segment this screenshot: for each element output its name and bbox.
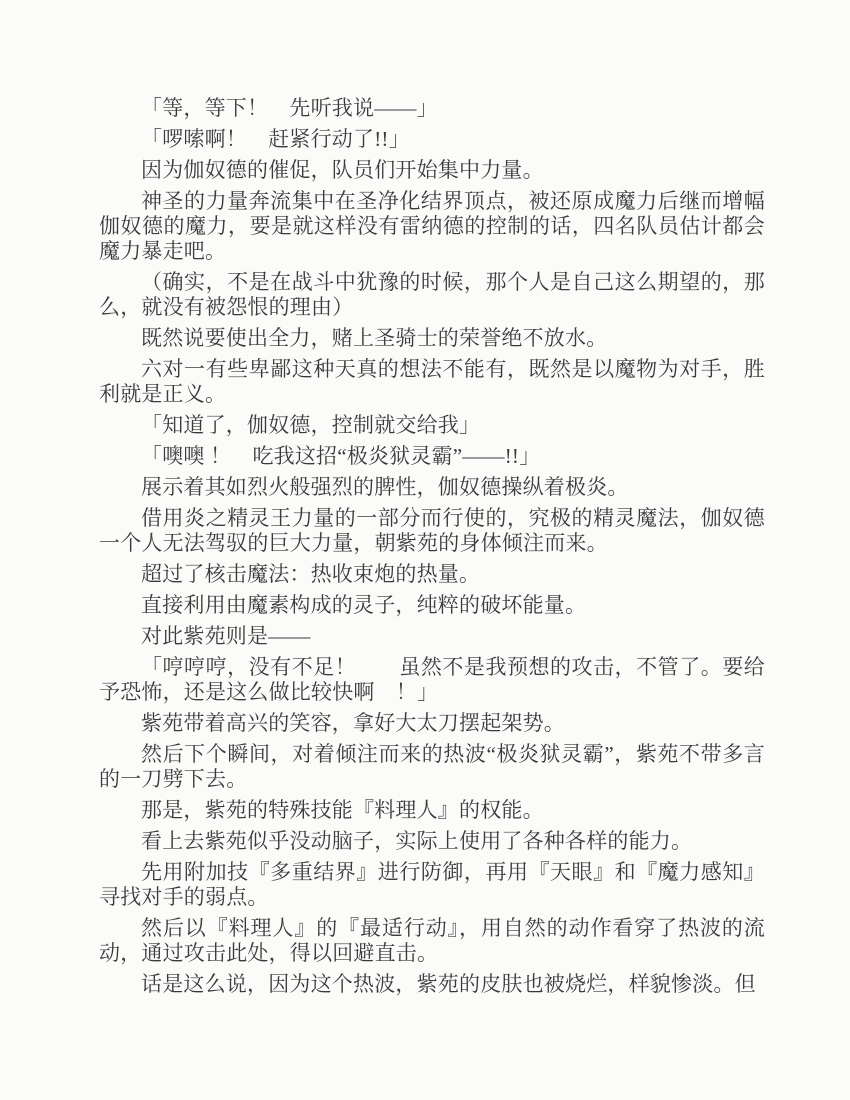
paragraph-6: 既然说要使出全力，赌上圣骑士的荣誉绝不放水。 — [99, 326, 765, 351]
paragraph-3: 因为伽奴德的催促，队员们开始集中力量。 — [99, 158, 765, 183]
paragraph-10: 展示着其如烈火般强烈的脾性，伽奴德操纵着极炎。 — [99, 475, 765, 500]
paragraph-5: （确实，不是在战斗中犹豫的时候，那个人是自己这么期望的，那么，就没有被怨恨的理由… — [99, 270, 765, 320]
paragraph-9: 「噢噢 ！ 吃我这招“极炎狱灵霸”——!!」 — [99, 444, 765, 469]
paragraph-8: 「知道了，伽奴德，控制就交给我」 — [99, 413, 765, 438]
paragraph-20: 先用附加技『多重结界』进行防御，再用『天眼』和『魔力感知』寻找对手的弱点。 — [99, 860, 765, 910]
paragraph-17: 然后下个瞬间，对着倾注而来的热波“极炎狱灵霸”，紫苑不带多言的一刀劈下去。 — [99, 742, 765, 792]
paragraph-19: 看上去紫苑似乎没动脑子，实际上使用了各种各样的能力。 — [99, 829, 765, 854]
paragraph-1: 「等，等下！ 先听我说——」 — [99, 96, 765, 121]
paragraph-4: 神圣的力量奔流集中在圣净化结界顶点，被还原成魔力后继而增幅伽奴德的魔力，要是就这… — [99, 189, 765, 264]
paragraph-2: 「啰嗦啊！ 赶紧行动了!!」 — [99, 127, 765, 152]
paragraph-11: 借用炎之精灵王力量的一部分而行使的，究极的精灵魔法，伽奴德一个人无法驾驭的巨大力… — [99, 506, 765, 556]
paragraph-12: 超过了核击魔法：热收束炮的热量。 — [99, 562, 765, 587]
book-page: 「等，等下！ 先听我说——」 「啰嗦啊！ 赶紧行动了!!」 因为伽奴德的催促，队… — [99, 96, 765, 1003]
paragraph-15: 「哼哼哼，没有不足！ 虽然不是我预想的攻击，不管了。要给予恐怖，还是这么做比较快… — [99, 655, 765, 705]
paragraph-22: 话是这么说，因为这个热波，紫苑的皮肤也被烧烂，样貌惨淡。但 — [99, 972, 765, 997]
paragraph-16: 紫苑带着高兴的笑容，拿好大太刀摆起架势。 — [99, 711, 765, 736]
paragraph-13: 直接利用由魔素构成的灵子，纯粹的破坏能量。 — [99, 593, 765, 618]
paragraph-14: 对此紫苑则是—— — [99, 624, 765, 649]
paragraph-21: 然后以『料理人』的『最适行动』，用自然的动作看穿了热波的流动，通过攻击此处，得以… — [99, 916, 765, 966]
paragraph-18: 那是，紫苑的特殊技能『料理人』的权能。 — [99, 798, 765, 823]
paragraph-7: 六对一有些卑鄙这种天真的想法不能有，既然是以魔物为对手，胜利就是正义。 — [99, 357, 765, 407]
